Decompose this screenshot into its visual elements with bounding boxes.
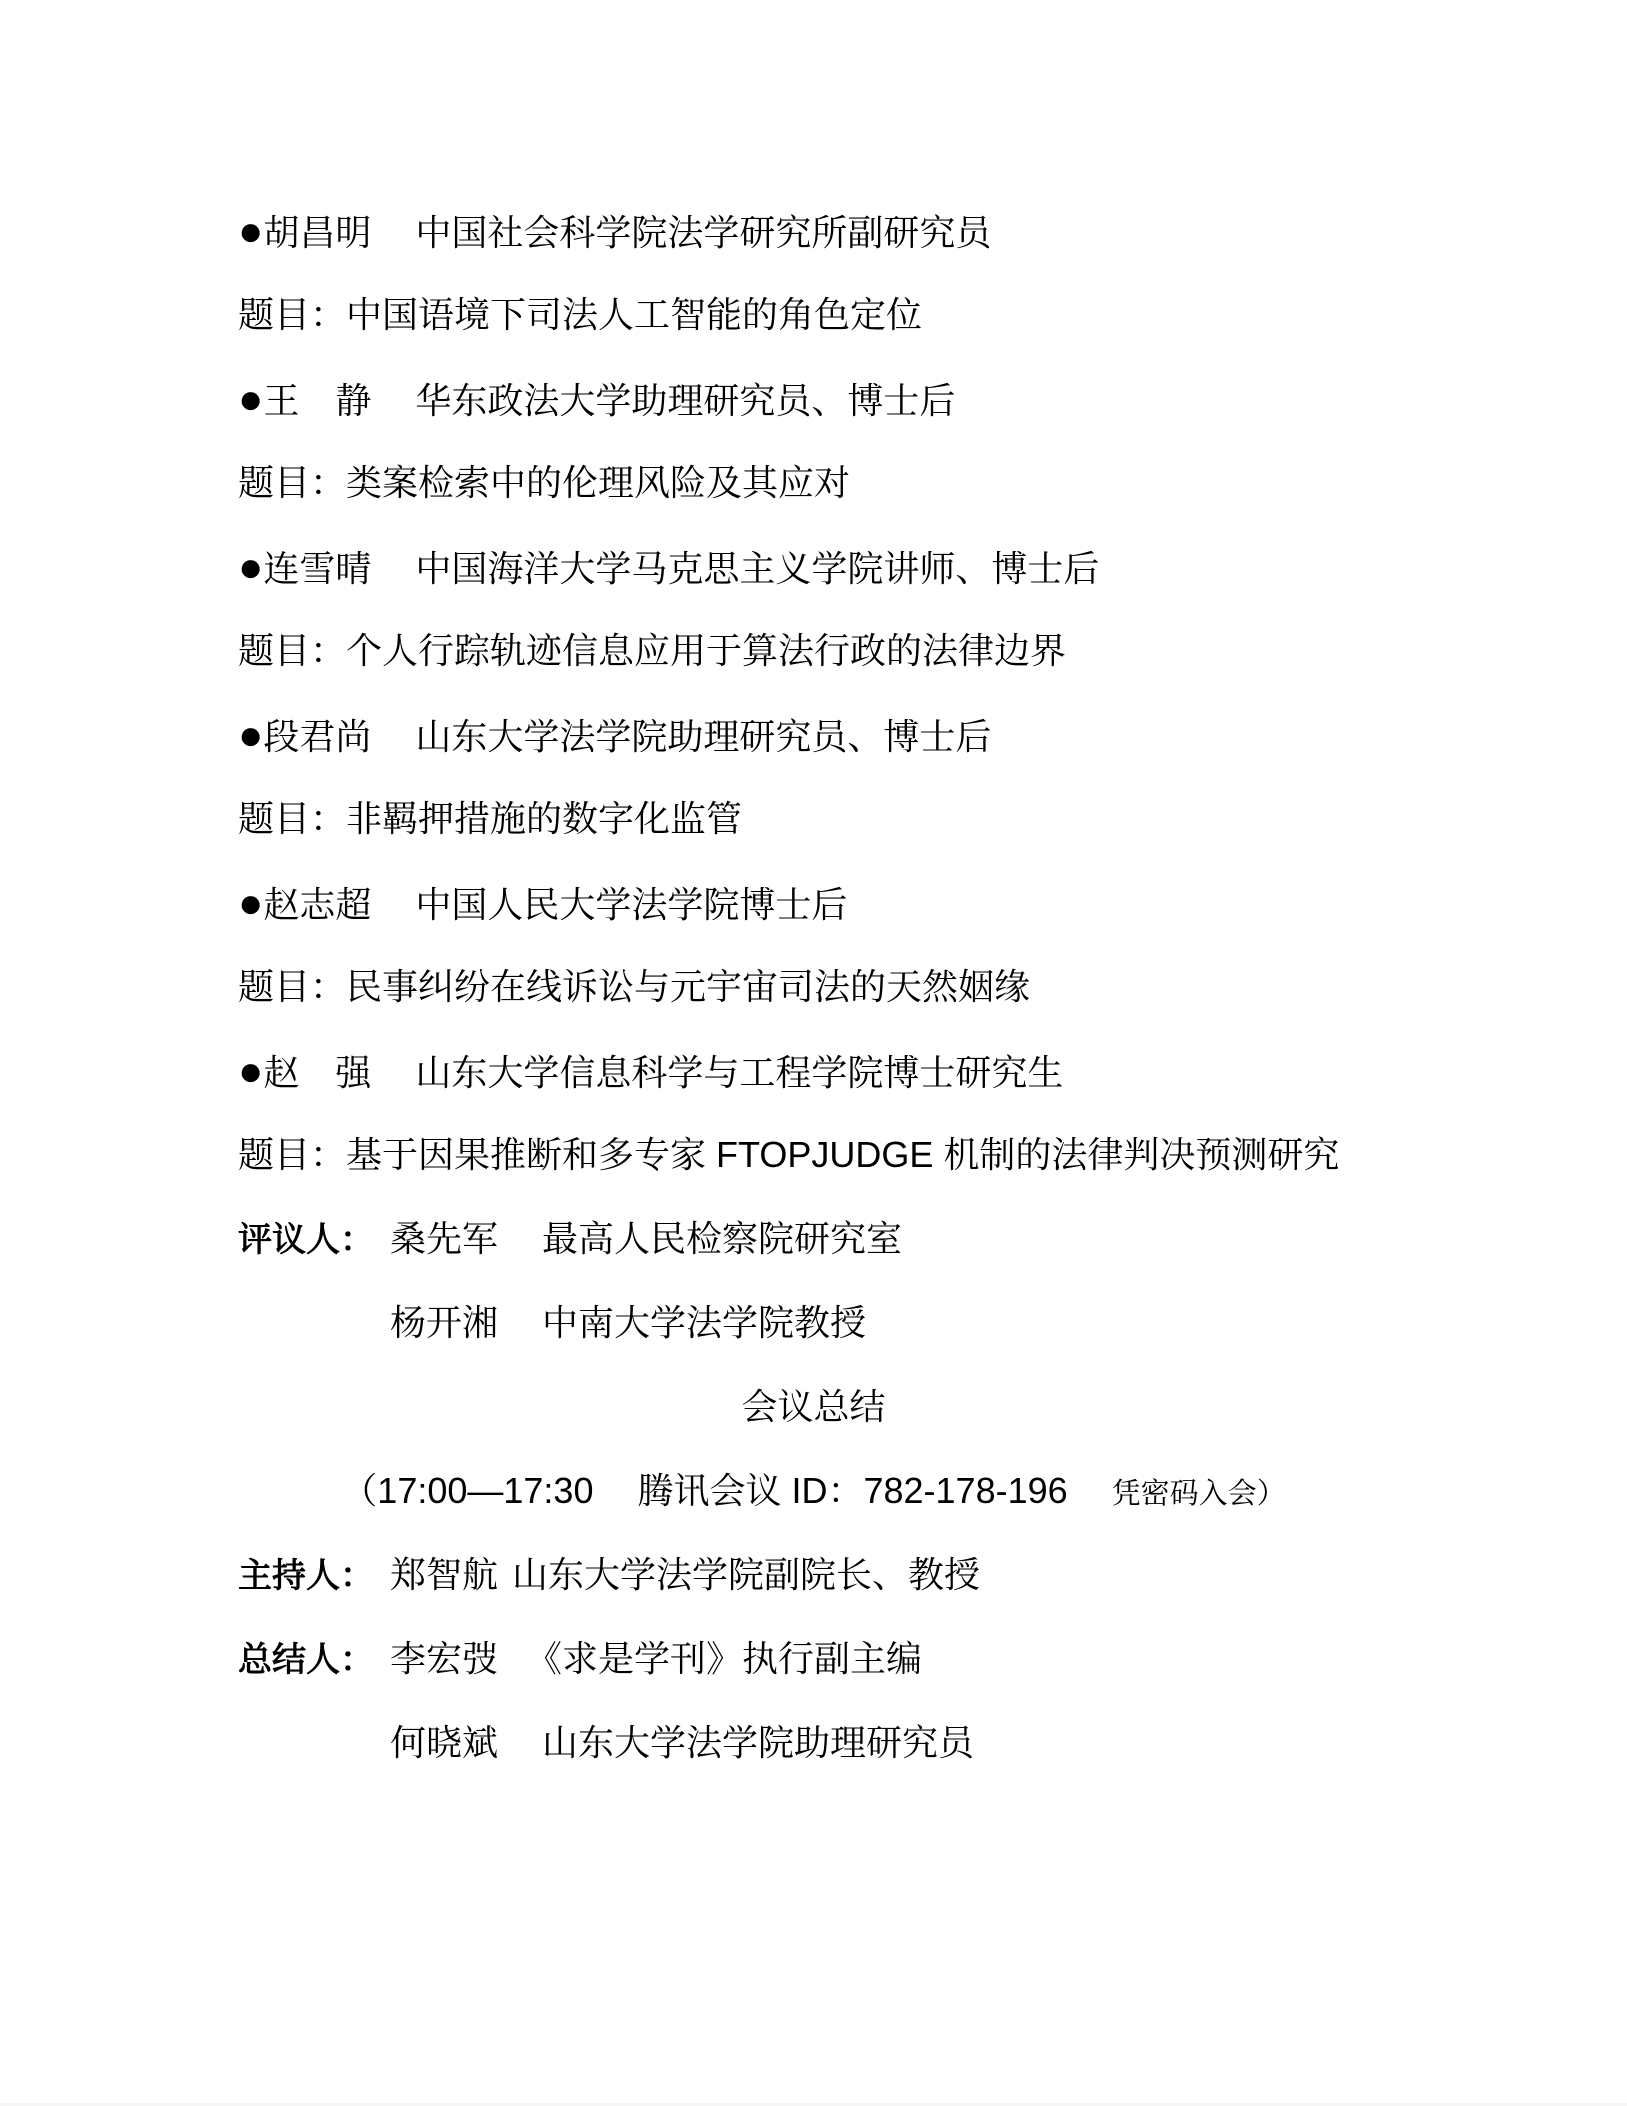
discussants-line: 杨开湘中南大学法学院教授 [0, 1281, 1627, 1365]
bullet-icon: ● [238, 1047, 263, 1094]
speaker-affiliation: 中国人民大学法学院博士后 [415, 884, 847, 925]
password-note: 凭密码入会 [1112, 1478, 1257, 1510]
open-paren: （ [341, 1470, 377, 1511]
speaker-affiliation: 山东大学信息科学与工程学院博士研究生 [415, 1052, 1063, 1093]
speaker-name: 段君尚 [263, 716, 371, 757]
discussant-affiliation: 最高人民检察院研究室 [542, 1218, 902, 1259]
speaker-affiliation: 中国海洋大学马克思主义学院讲师、博士后 [415, 548, 1099, 589]
topic-label: 题目： [238, 966, 346, 1007]
speaker-name: 王 静 [263, 380, 371, 421]
speaker-line: ●段君尚山东大学法学院助理研究员、博士后 [0, 693, 1627, 777]
bullet-icon: ● [238, 879, 263, 926]
topic-line: 题目：民事纠纷在线诉讼与元宇宙司法的天然姻缘 [0, 945, 1627, 1029]
topic-label: 题目： [238, 798, 346, 839]
close-paren: ） [1257, 1478, 1286, 1510]
section-heading-meeting-summary: 会议总结 [0, 1365, 1627, 1449]
speaker-affiliation: 山东大学法学院助理研究员、博士后 [415, 716, 991, 757]
summarizer-name: 李宏弢 [390, 1638, 498, 1679]
speaker-line: ●赵 强山东大学信息科学与工程学院博士研究生 [0, 1029, 1627, 1113]
topic-line: 题目：非羁押措施的数字化监管 [0, 777, 1627, 861]
discussants-line: 评议人：桑先军最高人民检察院研究室 [0, 1197, 1627, 1281]
topic-line: 题目：基于因果推断和多专家 FTOPJUDGE 机制的法律判决预测研究 [0, 1113, 1627, 1197]
section-heading-text: 会议总结 [741, 1386, 885, 1427]
summarizers-line: 总结人：李宏弢《求是学刊》执行副主编 [0, 1617, 1627, 1701]
document-page: ●胡昌明中国社会科学院法学研究所副研究员 题目：中国语境下司法人工智能的角色定位… [0, 0, 1627, 2106]
speaker-name: 赵 强 [263, 1052, 371, 1093]
host-line: 主持人：郑智航山东大学法学院副院长、教授 [0, 1533, 1627, 1617]
bullet-icon: ● [238, 207, 263, 254]
bullet-icon: ● [238, 711, 263, 758]
topic-text: 类案检索中的伦理风险及其应对 [346, 462, 850, 503]
host-name: 郑智航 [390, 1554, 498, 1595]
topic-label: 题目： [238, 462, 346, 503]
topic-line: 题目：中国语境下司法人工智能的角色定位 [0, 273, 1627, 357]
speaker-name: 胡昌明 [263, 212, 371, 253]
discussant-affiliation: 中南大学法学院教授 [542, 1302, 866, 1343]
speaker-affiliation: 中国社会科学院法学研究所副研究员 [415, 212, 991, 253]
host-affiliation: 山东大学法学院副院长、教授 [512, 1554, 980, 1595]
speaker-name: 连雪晴 [263, 548, 371, 589]
topic-text: 民事纠纷在线诉讼与元宇宙司法的天然姻缘 [346, 966, 1030, 1007]
speaker-line: ●胡昌明中国社会科学院法学研究所副研究员 [0, 189, 1627, 273]
topic-line: 题目：个人行踪轨迹信息应用于算法行政的法律边界 [0, 609, 1627, 693]
speaker-line: ●王 静华东政法大学助理研究员、博士后 [0, 357, 1627, 441]
summarizer-affiliation: 《求是学刊》执行副主编 [526, 1638, 922, 1679]
discussants-label: 评议人： [238, 1221, 374, 1259]
bullet-icon: ● [238, 375, 263, 422]
meeting-id: 腾讯会议 ID：782-178-196 [637, 1470, 1067, 1511]
summarizer-affiliation: 山东大学法学院助理研究员 [542, 1722, 974, 1763]
summarizers-label: 总结人： [238, 1641, 374, 1679]
summarizer-name: 何晓斌 [390, 1722, 498, 1763]
discussant-name: 桑先军 [390, 1218, 498, 1259]
topic-label: 题目： [238, 294, 346, 335]
summarizers-line: 何晓斌山东大学法学院助理研究员 [0, 1701, 1627, 1785]
host-label: 主持人： [238, 1557, 374, 1595]
topic-text: 个人行踪轨迹信息应用于算法行政的法律边界 [346, 630, 1066, 671]
topic-text: 中国语境下司法人工智能的角色定位 [346, 294, 922, 335]
topic-text: 非羁押措施的数字化监管 [346, 798, 742, 839]
topic-label: 题目： [238, 630, 346, 671]
speaker-affiliation: 华东政法大学助理研究员、博士后 [415, 380, 955, 421]
topic-label: 题目： [238, 1134, 346, 1175]
agenda-content: ●胡昌明中国社会科学院法学研究所副研究员 题目：中国语境下司法人工智能的角色定位… [0, 189, 1627, 1785]
topic-text: 基于因果推断和多专家 FTOPJUDGE 机制的法律判决预测研究 [346, 1134, 1339, 1175]
meeting-time: 17:00—17:30 [377, 1470, 593, 1511]
speaker-line: ●连雪晴中国海洋大学马克思主义学院讲师、博士后 [0, 525, 1627, 609]
discussant-name: 杨开湘 [390, 1302, 498, 1343]
meeting-info-line: （17:00—17:30腾讯会议 ID：782-178-196凭密码入会） [0, 1449, 1627, 1533]
speaker-line: ●赵志超中国人民大学法学院博士后 [0, 861, 1627, 945]
topic-line: 题目：类案检索中的伦理风险及其应对 [0, 441, 1627, 525]
bullet-icon: ● [238, 543, 263, 590]
speaker-name: 赵志超 [263, 884, 371, 925]
